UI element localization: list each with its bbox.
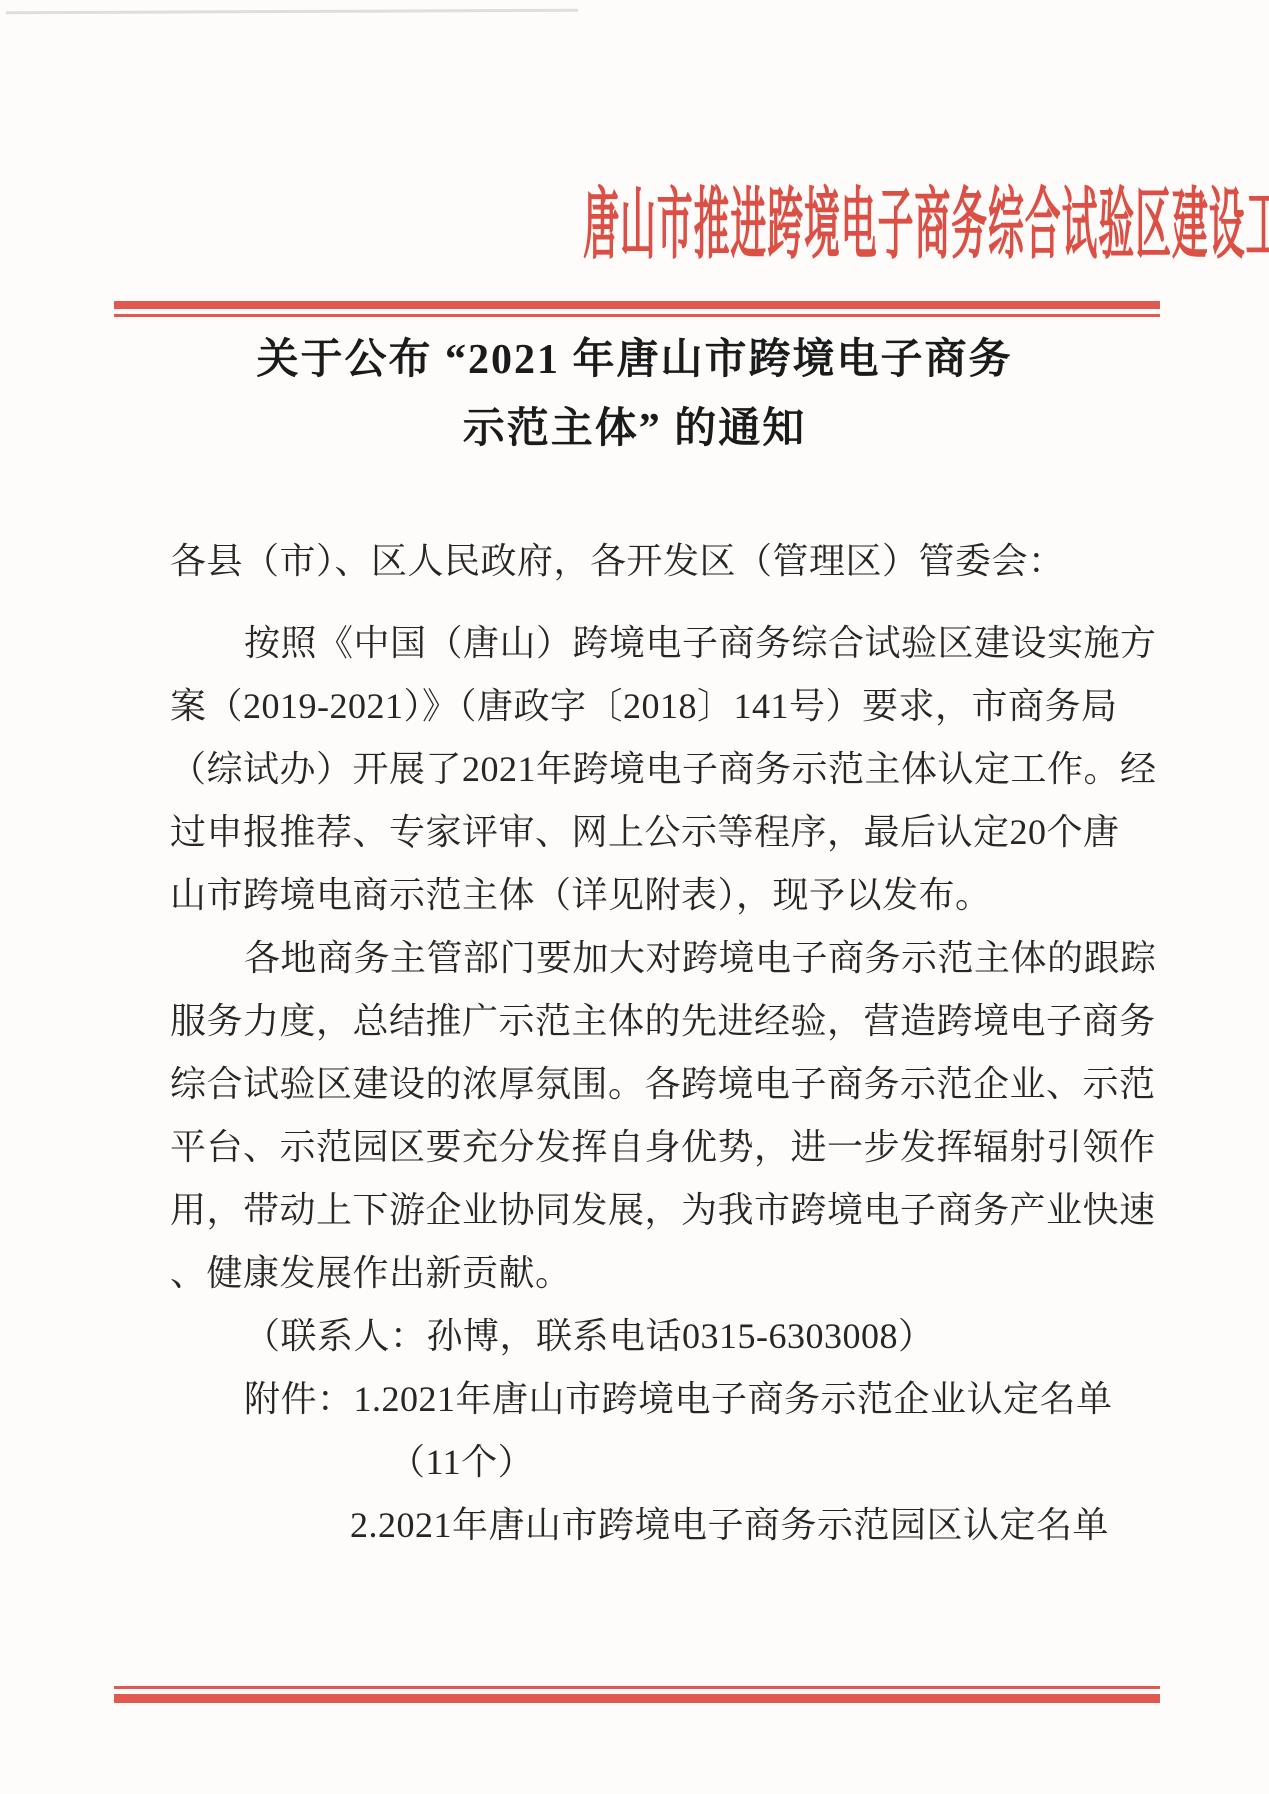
footer-rule-thin [114, 1686, 1160, 1689]
body-line: 山市跨境电商示范主体（详见附表），现予以发布。 [170, 864, 1120, 927]
body-line: 各地商务主管部门要加大对跨境电子商务示范主体的跟踪 [170, 927, 1120, 990]
body-line: 服务力度，总结推广示范主体的先进经验，营造跨境电子商务 [170, 990, 1120, 1053]
document-body: 各县（市）、区人民政府，各开发区（管理区）管委会：按照《中国（唐山）跨境电子商务… [170, 530, 1120, 1557]
issuing-office-name: 唐山市推进跨境电子商务综合试验区建设工作领导小组办公室 [583, 186, 1269, 264]
header-rule-thick [114, 301, 1160, 309]
body-line: 附件：1.2021年唐山市跨境电子商务示范企业认定名单 [170, 1368, 1120, 1431]
body-line: 案（2019-2021）》（唐政字〔2018〕141号）要求，市商务局 [170, 675, 1120, 738]
scan-artifact-line [6, 9, 578, 14]
body-line: （综试办）开展了2021年跨境电子商务示范主体认定工作。经 [170, 738, 1120, 801]
body-line: （联系人：孙博，联系电话0315-6303008） [170, 1305, 1120, 1368]
body-line: 按照《中国（唐山）跨境电子商务综合试验区建设实施方 [170, 612, 1120, 675]
body-line: 平台、示范园区要充分发挥自身优势，进一步发挥辐射引领作 [170, 1116, 1120, 1179]
title-line-1: 关于公布 “2021 年唐山市跨境电子商务 [0, 326, 1269, 395]
body-line: 综合试验区建设的浓厚氛围。各跨境电子商务示范企业、示范 [170, 1053, 1120, 1116]
footer-rule-thick [114, 1694, 1160, 1703]
document-title: 关于公布 “2021 年唐山市跨境电子商务 示范主体” 的通知 [0, 326, 1269, 464]
body-line: 2.2021年唐山市跨境电子商务示范园区认定名单 [170, 1494, 1120, 1557]
issuing-office-header: 唐山市推进跨境电子商务综合试验区建设工作领导小组办公室 [0, 186, 1269, 264]
body-line: （11个） [170, 1431, 1120, 1494]
document-page: 唐山市推进跨境电子商务综合试验区建设工作领导小组办公室 关于公布 “2021 年… [0, 0, 1269, 1794]
body-line: 、健康发展作出新贡献。 [170, 1242, 1120, 1305]
body-line: 各县（市）、区人民政府，各开发区（管理区）管委会： [170, 530, 1120, 593]
title-line-2: 示范主体” 的通知 [0, 395, 1269, 464]
header-rule-thin [114, 314, 1160, 317]
body-line: 用，带动上下游企业协同发展，为我市跨境电子商务产业快速 [170, 1179, 1120, 1242]
body-line: 过申报推荐、专家评审、网上公示等程序，最后认定20个唐 [170, 801, 1120, 864]
